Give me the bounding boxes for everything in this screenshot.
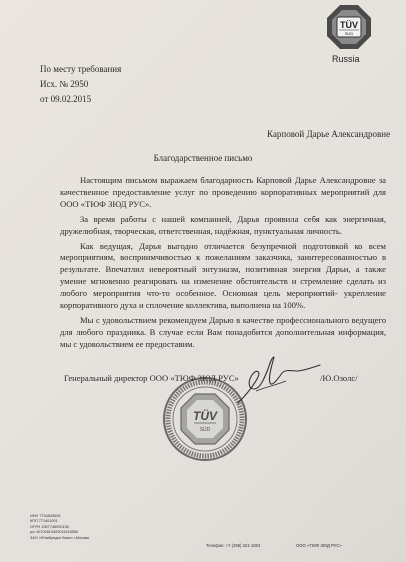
addressee-line: По месту требования <box>40 62 121 76</box>
svg-text:TÜV: TÜV <box>340 20 358 30</box>
svg-text:TÜV: TÜV <box>193 408 218 423</box>
footer-phone: Телефон: +7 (495) 221-1004 <box>206 543 260 548</box>
body-paragraph: Мы с удовольствием рекомендуем Дарью в к… <box>60 315 386 351</box>
svg-text:SÜD: SÜD <box>345 31 354 36</box>
signatory-name: /Ю.Озолс/ <box>320 373 358 383</box>
body-paragraph: Как ведущая, Дарья выгодно отличается бе… <box>60 241 386 312</box>
letter-date: от 09.02.2015 <box>40 92 91 106</box>
logo-label: Russia <box>332 54 360 64</box>
footer-organization: ООО «ТЮФ ЗЮД РУС» <box>296 543 342 548</box>
tuv-sud-logo-icon: TÜV SÜD <box>326 4 372 50</box>
outgoing-number: Исх. № 2950 <box>40 77 88 91</box>
signatory-position: Генеральный директор ООО «ТЮФ ЗЮД РУС» <box>64 373 239 383</box>
letter-page: TÜV SÜD Russia По месту требования Исх. … <box>0 0 406 562</box>
letter-body: Настоящим письмом выражаем благодарность… <box>60 175 386 354</box>
requisite-bank: ЗАО «ЮниКредит Банк» г.Москва <box>30 536 89 541</box>
body-paragraph: За время работы с нашей компанией, Дарья… <box>60 214 386 238</box>
handwritten-signature-icon <box>236 355 322 405</box>
recipient-name: Карповой Дарье Александровне <box>267 129 390 139</box>
body-paragraph: Настоящим письмом выражаем благодарность… <box>60 175 386 211</box>
svg-text:SÜD: SÜD <box>200 426 211 433</box>
company-requisites: ИНН 7734543028 КПП 771401001 ОГРН 106774… <box>30 514 89 541</box>
letter-title: Благодарственное письмо <box>0 153 406 163</box>
